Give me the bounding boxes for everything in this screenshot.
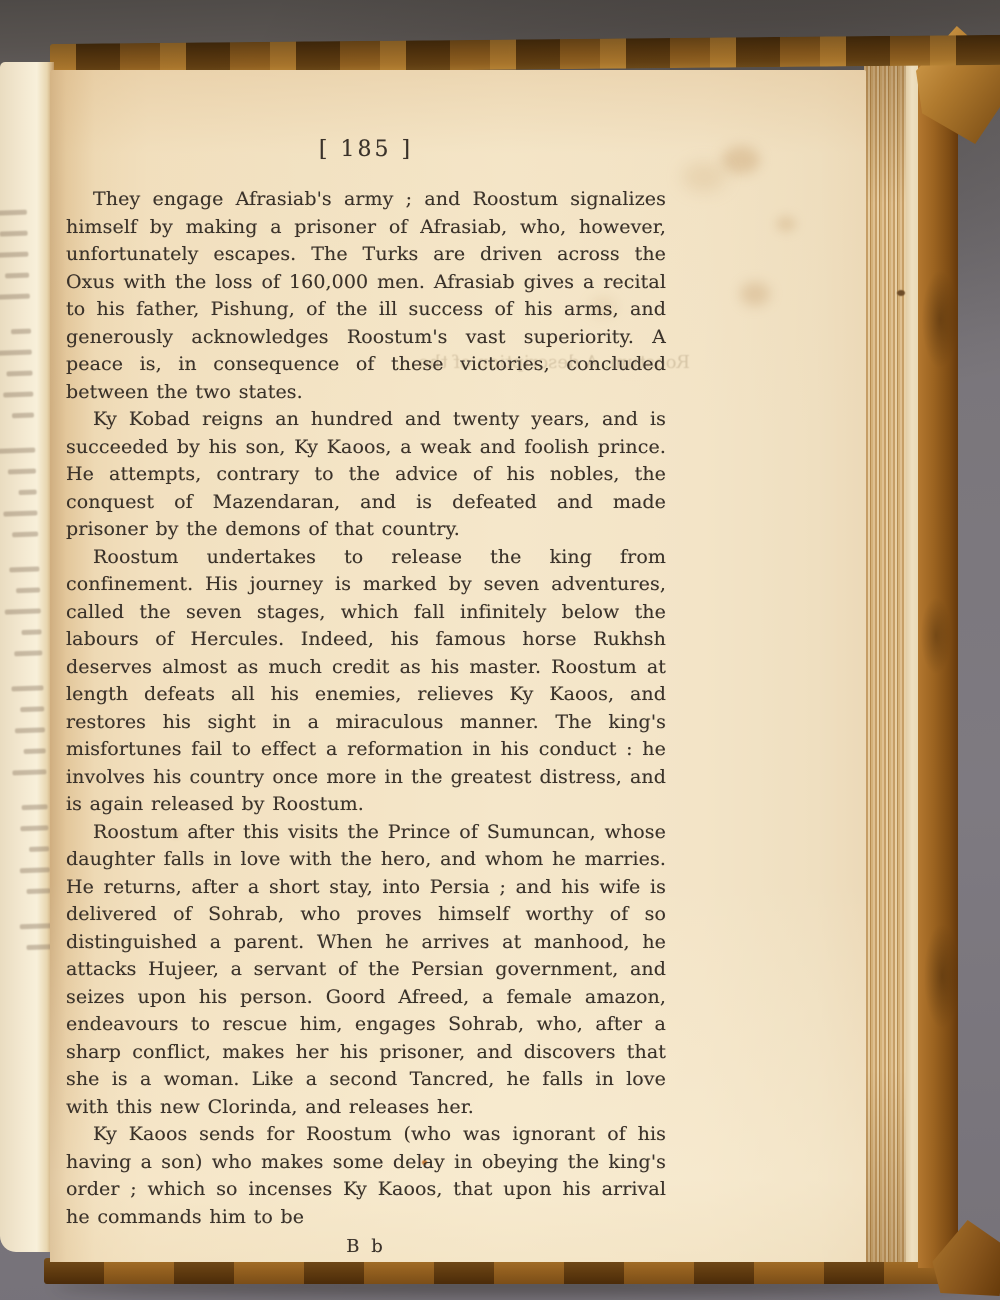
paragraph-3: Roostum undertakes to release the king f… [66,544,666,819]
ghost-line [26,944,52,950]
ink-speck [897,290,905,296]
page-text-block: [ 185 ] They engage Afrasiab's army ; an… [66,134,666,1257]
ghost-line [20,867,50,873]
paragraph-1: They engage Afrasiab's army ; and Roostu… [66,186,666,406]
ghost-line [5,273,29,279]
ghost-line [29,846,49,852]
foxing-spot [682,162,726,192]
ghost-line [20,706,44,712]
ghost-line [0,294,30,300]
ghost-line [12,413,34,419]
ghost-line [8,468,36,474]
paragraph-2: Ky Kobad reigns an hundred and twenty ye… [66,406,666,544]
book-photo-scene: Roostum. A description of the [ 185 ] Th… [0,0,1000,1300]
ghost-line [3,510,37,516]
signature-mark: B b [66,1236,666,1257]
ghost-line [5,608,41,614]
ghost-line [21,629,41,635]
ghost-line [20,825,48,831]
ghost-line [12,531,38,537]
facing-page-edge [0,62,54,1252]
book-cover-right-edge [918,52,958,1268]
foxing-spot [740,282,770,306]
ghost-line [12,769,46,775]
ghost-line [24,748,46,754]
page-header-number: [ 185 ] [66,134,666,166]
page-fore-edge [864,60,910,1262]
paragraph-4: Roostum after this visits the Prince of … [66,819,666,1122]
paragraph-5: Ky Kaoos sends for Roostum (who was igno… [66,1121,666,1231]
ghost-line [14,650,42,656]
foxing-spot [722,146,760,174]
foxing-spot [776,216,796,232]
ghost-line [6,371,32,377]
book-page: Roostum. A description of the [ 185 ] Th… [50,70,866,1262]
ghost-line [0,350,32,356]
ghost-line [0,210,27,216]
ghost-line [15,727,45,733]
ghost-line [19,489,37,495]
ghost-line [22,804,48,810]
ghost-line [0,447,35,453]
ghost-line [9,566,39,572]
ghost-line [27,888,51,894]
ghost-line [0,252,28,258]
ghost-line [11,329,31,335]
ghost-line [16,587,40,593]
ghost-line [11,685,43,691]
ghost-line [3,392,33,398]
ghost-line [20,923,52,929]
ghost-line [0,231,28,237]
